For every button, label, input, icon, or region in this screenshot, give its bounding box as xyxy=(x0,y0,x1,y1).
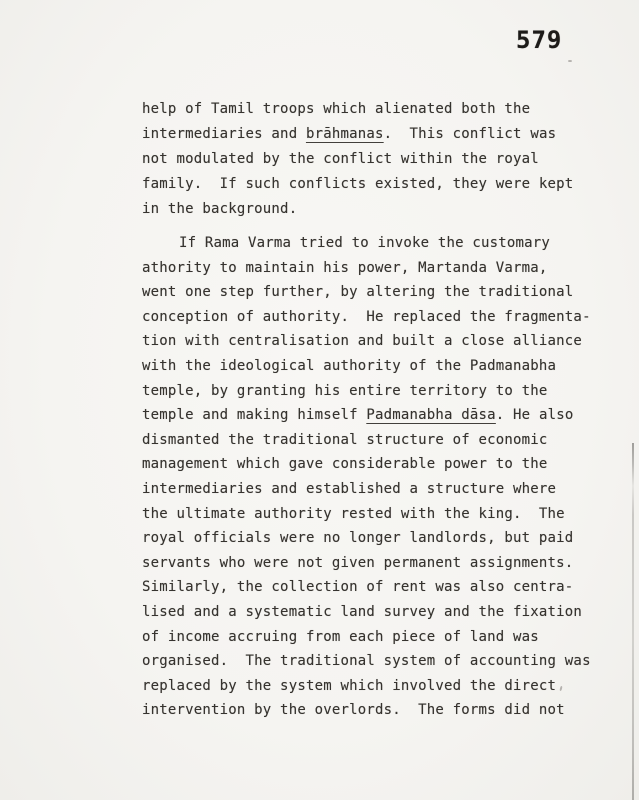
text-segment: temple and making himself xyxy=(142,407,366,423)
text-line: replaced by the system which involved th… xyxy=(142,674,622,699)
text-line: intermediaries and established a structu… xyxy=(142,477,622,502)
text-segment: organised. The traditional system of acc… xyxy=(142,653,591,669)
text-segment: temple, by granting his entire territory… xyxy=(142,383,548,399)
text-segment: of income accruing from each piece of la… xyxy=(142,629,539,645)
text-block: help of Tamil troops which alienated bot… xyxy=(142,97,622,723)
text-segment: conception of authority. He replaced the… xyxy=(142,309,591,325)
page-number: 579 xyxy=(516,26,562,54)
text-line: temple and making himself Padmanabha dās… xyxy=(142,403,622,428)
text-line: temple, by granting his entire territory… xyxy=(142,379,622,404)
text-line: conception of authority. He replaced the… xyxy=(142,305,622,330)
text-segment: intervention by the overlords. The forms… xyxy=(142,702,565,718)
scan-edge-artifact xyxy=(632,443,634,800)
text-line: not modulated by the conflict within the… xyxy=(142,147,622,172)
text-line: the ultimate authority rested with the k… xyxy=(142,502,622,527)
text-segment: servants who were not given permanent as… xyxy=(142,555,573,571)
text-segment: help of Tamil troops which alienated bot… xyxy=(142,101,530,117)
text-line: with the ideological authority of the Pa… xyxy=(142,354,622,379)
underlined-phrase: brāhmanas xyxy=(306,126,384,142)
text-segment: not modulated by the conflict within the… xyxy=(142,151,539,167)
text-segment: intermediaries and established a structu… xyxy=(142,481,556,497)
text-line: royal officials were no longer landlords… xyxy=(142,526,622,551)
text-line: help of Tamil troops which alienated bot… xyxy=(142,97,622,122)
text-segment: family. If such conflicts existed, they … xyxy=(142,176,573,192)
scanned-document-page: 579 help of Tamil troops which alienated… xyxy=(0,0,639,800)
text-segment: Similarly, the collection of rent was al… xyxy=(142,579,573,595)
text-segment: tion with centralisation and built a clo… xyxy=(142,333,582,349)
text-line: of income accruing from each piece of la… xyxy=(142,625,622,650)
underlined-phrase: Padmanabha dāsa xyxy=(366,407,495,423)
text-segment: went one step further, by altering the t… xyxy=(142,284,573,300)
paragraph: help of Tamil troops which alienated bot… xyxy=(142,97,622,222)
text-segment: the ultimate authority rested with the k… xyxy=(142,506,565,522)
text-line: organised. The traditional system of acc… xyxy=(142,649,622,674)
text-segment: lised and a systematic land survey and t… xyxy=(142,604,582,620)
text-line: Similarly, the collection of rent was al… xyxy=(142,575,622,600)
paragraph: If Rama Varma tried to invoke the custom… xyxy=(142,231,622,723)
text-segment: royal officials were no longer landlords… xyxy=(142,530,573,546)
text-line: management which gave considerable power… xyxy=(142,452,622,477)
text-line: in the background. xyxy=(142,197,622,222)
text-segment: If Rama Varma tried to invoke the custom… xyxy=(179,235,550,251)
text-line: tion with centralisation and built a clo… xyxy=(142,329,622,354)
text-line: lised and a systematic land survey and t… xyxy=(142,600,622,625)
scan-speck xyxy=(568,60,572,62)
text-segment: in the background. xyxy=(142,201,297,217)
text-line: intermediaries and brāhmanas. This confl… xyxy=(142,122,622,147)
text-segment: dismanted the traditional structure of e… xyxy=(142,432,548,448)
text-line: If Rama Varma tried to invoke the custom… xyxy=(142,231,622,256)
text-segment: . This conflict was xyxy=(384,126,557,142)
text-line: family. If such conflicts existed, they … xyxy=(142,172,622,197)
text-segment: replaced by the system which involved th… xyxy=(142,678,556,694)
text-segment: management which gave considerable power… xyxy=(142,456,548,472)
text-segment: intermediaries and xyxy=(142,126,306,142)
text-line: intervention by the overlords. The forms… xyxy=(142,698,622,723)
text-line: dismanted the traditional structure of e… xyxy=(142,428,622,453)
text-segment: . He also xyxy=(496,407,574,423)
text-line: went one step further, by altering the t… xyxy=(142,280,622,305)
text-segment: athority to maintain his power, Martanda… xyxy=(142,260,548,276)
text-segment: with the ideological authority of the Pa… xyxy=(142,358,556,374)
text-line: servants who were not given permanent as… xyxy=(142,551,622,576)
text-line: athority to maintain his power, Martanda… xyxy=(142,256,622,281)
